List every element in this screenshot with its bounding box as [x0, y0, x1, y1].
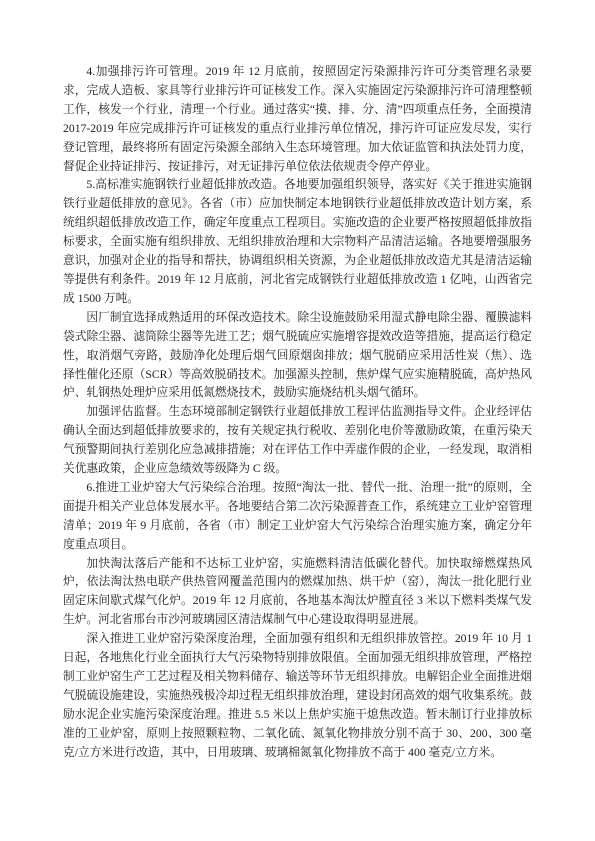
paragraph-assessment-supervision: 加强评估监督。生态环境部制定钢铁行业超低排放工程评估监测指导文件。企业经评估确认…: [63, 403, 532, 479]
paragraph-eliminate-outdated-capacity: 加快淘汰落后产能和不达标工业炉窑，实施燃料清洁低碳化替代。加快取缔燃煤热风炉，依…: [63, 555, 532, 631]
document-page: 4.加强排污许可管理。2019 年 12 月底前，按照固定污染源排污许可分类管理…: [0, 0, 595, 841]
paragraph-6-industrial-furnace-treatment: 6.推进工业炉窑大气污染综合治理。按照“淘汰一批、替代一批、治理一批”的原则，全…: [63, 479, 532, 555]
paragraph-4-emission-permit-management: 4.加强排污许可管理。2019 年 12 月底前，按照固定污染源排污许可分类管理…: [63, 63, 532, 176]
paragraph-retrofit-technology: 因厂制宜选择成熟适用的环保改造技术。除尘设施鼓励采用湿式静电除尘器、覆膜滤料袋式…: [63, 309, 532, 404]
paragraph-5-steel-ultra-low-emission: 5.高标准实施钢铁行业超低排放改造。各地要加强组织领导，落实好《关于推进实施钢铁…: [63, 176, 532, 308]
paragraph-deep-pollution-control: 深入推进工业炉窑污染深度治理，全面加强有组织和无组织排放管控。2019 年 10…: [63, 630, 532, 762]
document-body: 4.加强排污许可管理。2019 年 12 月底前，按照固定污染源排污许可分类管理…: [63, 63, 532, 763]
